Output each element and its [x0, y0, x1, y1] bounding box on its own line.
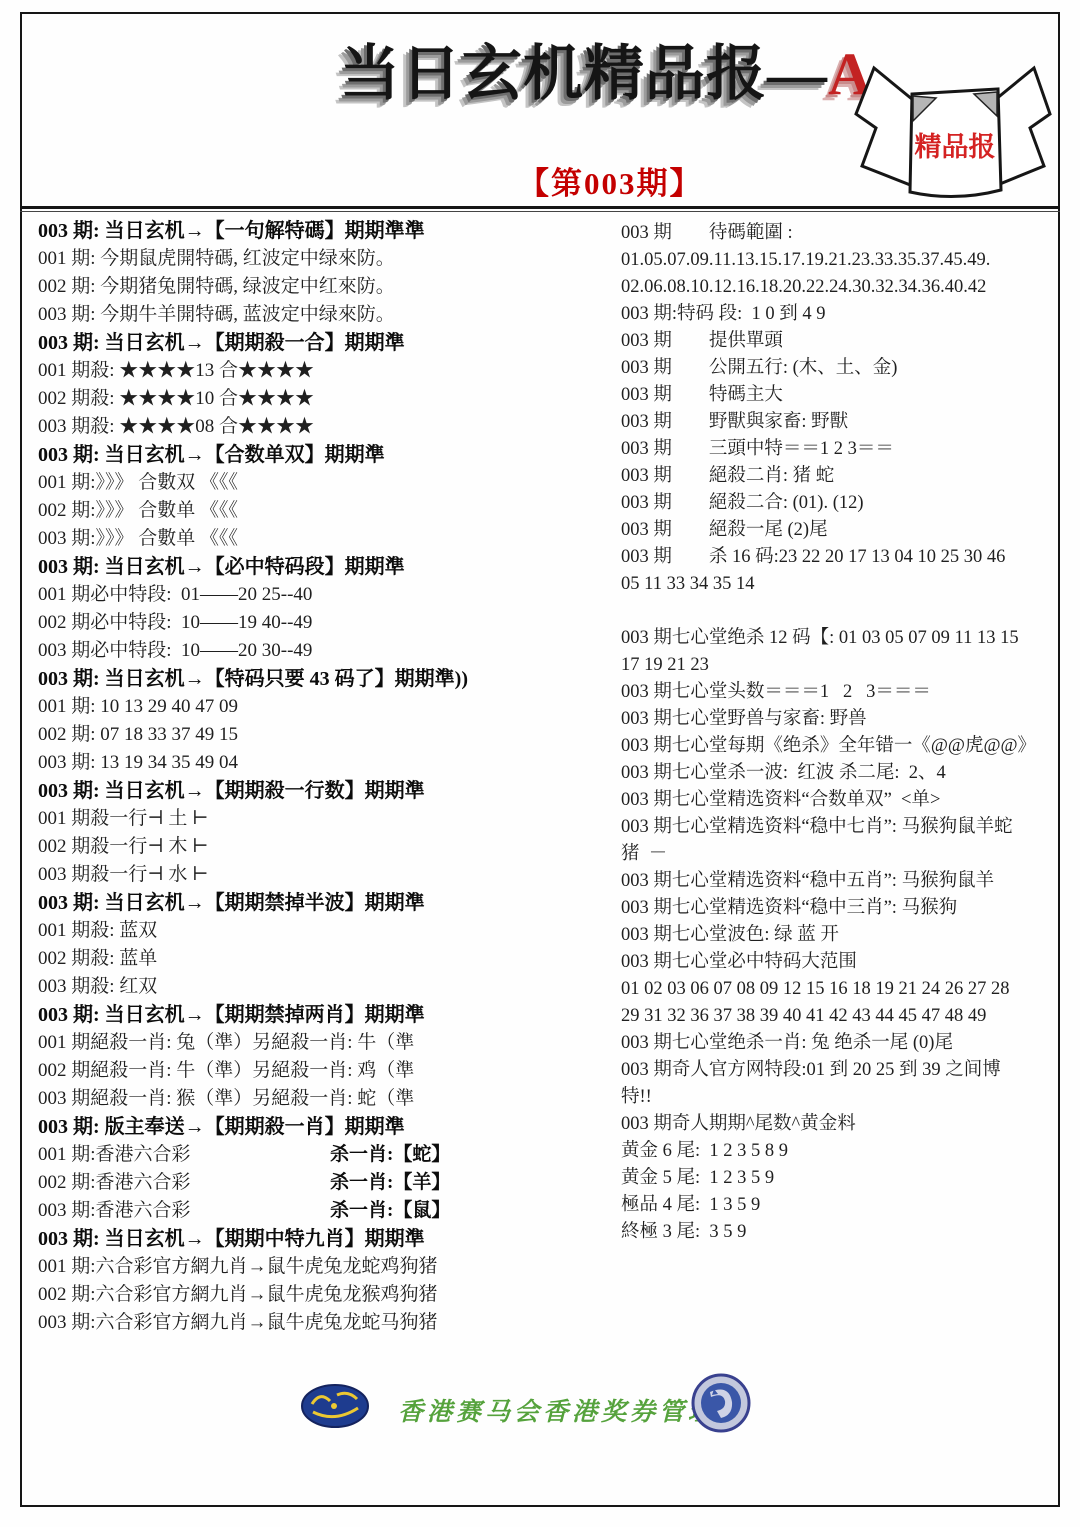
report-line-text: 003 期殺: ★★★★08 合★★★★ [38, 416, 314, 437]
report-line-text: 003 期 杀 16 码:23 22 20 17 13 04 10 25 30 … [621, 547, 1005, 567]
report-line: 003 期: 13 19 34 35 49 04 [38, 749, 613, 777]
report-line-text: 003 期殺: 红双 [38, 976, 157, 997]
report-page: 当日玄机精品报—A 精品报 【第003期】 003 期: 当日玄机→【一句解特碼… [0, 0, 1080, 1527]
report-line: 001 期絕殺一肖: 兔（準）另絕殺一肖: 牛（準 [38, 1029, 613, 1057]
report-line: 001 期: 10 13 29 40 47 09 [38, 693, 613, 721]
report-line: 002 期: 07 18 33 37 49 15 [38, 721, 613, 749]
report-line: 003 期: 当日玄机→【一句解特碼】期期準準 [38, 217, 613, 245]
report-line-text: 002 期:六合彩官方網九肖→鼠牛虎兔龙猴鸡狗猪 [38, 1284, 438, 1305]
report-line-text: 003 期七心堂精选资料“稳中七肖”: 马猴狗鼠羊蛇 [621, 817, 1013, 837]
report-line: 終極 3 尾: 3 5 9 [621, 1219, 1059, 1246]
report-line-text: 003 期 絕殺二合: (01). (12) [621, 493, 864, 513]
report-line: 003 期七心堂绝杀一肖: 兔 绝杀一尾 (0)尾 [621, 1030, 1059, 1057]
report-line-text: 003 期必中特段: 10——20 30--49 [38, 640, 312, 661]
report-line-text: 002 期:香港六合彩 [38, 1172, 191, 1193]
report-line: 特!! [621, 1084, 1059, 1111]
report-line: 003 期必中特段: 10——20 30--49 [38, 637, 613, 665]
report-line: 黄金 6 尾: 1 2 3 5 8 9 [621, 1138, 1059, 1165]
report-line: 002 期:》》》 合數单 《《《 [38, 497, 613, 525]
report-line: 極品 4 尾: 1 3 5 9 [621, 1192, 1059, 1219]
report-line: 003 期: 当日玄机→【期期禁掉半波】期期準 [38, 889, 613, 917]
report-line-text: 01.05.07.09.11.13.15.17.19.21.23.33.35.3… [621, 250, 990, 270]
report-line: 003 期 公開五行: (木、土、金) [621, 355, 1059, 382]
horse-head-emblem-icon [690, 1372, 752, 1434]
report-line: 003 期七心堂波色: 绿 蓝 开 [621, 922, 1059, 949]
report-line-text: 003 期: 当日玄机→【合数单双】期期準 [38, 444, 385, 466]
report-line: 003 期七心堂每期《绝杀》全年错一《@@虎@@》 [621, 733, 1059, 760]
report-line-text: 002 期必中特段: 10——19 40--49 [38, 612, 312, 633]
report-line-text: 002 期絕殺一肖: 牛（準）另絕殺一肖: 鸡（準 [38, 1060, 414, 1081]
report-line-text: 002 期殺: 蓝单 [38, 948, 157, 969]
report-line-text: 002 期殺一行⊣ 木 ⊢ [38, 836, 208, 857]
report-line [621, 598, 1059, 625]
report-line-text: 29 31 32 36 37 38 39 40 41 42 43 44 45 4… [621, 1006, 986, 1026]
report-line-text: 003 期: 当日玄机→【特码只要 43 码了】期期準)) [38, 668, 468, 690]
report-line-text: 001 期:香港六合彩 [38, 1144, 191, 1165]
page-title-text: 当日玄机精品报 [340, 41, 767, 107]
report-line-text: 001 期: 今期鼠虎開特碼, 红波定中绿來防。 [38, 248, 395, 269]
ribbon-label: 精品报 [915, 131, 996, 162]
report-line: 002 期殺: 蓝单 [38, 945, 613, 973]
report-line-right-text: 杀一肖:【鼠】 [330, 1197, 450, 1225]
report-line-text: 17 19 21 23 [621, 655, 709, 675]
report-line-text: 003 期: 版主奉送→【期期殺一肖】期期準 [38, 1116, 405, 1138]
report-line-text: 003 期:香港六合彩 [38, 1200, 191, 1221]
report-line: 003 期: 当日玄机→【特码只要 43 码了】期期準)) [38, 665, 613, 693]
report-line: 003 期七心堂精选资料“稳中七肖”: 马猴狗鼠羊蛇 [621, 814, 1059, 841]
report-line: 002 期:六合彩官方網九肖→鼠牛虎兔龙猴鸡狗猪 [38, 1281, 613, 1309]
report-line-text: 003 期七心堂头数＝＝＝1 2 3＝＝＝ [621, 682, 931, 702]
report-line-text: 003 期七心堂精选资料“稳中五肖”: 马猴狗鼠羊 [621, 871, 994, 891]
report-line: 002 期必中特段: 10——19 40--49 [38, 609, 613, 637]
report-line: 003 期: 当日玄机→【合数单双】期期準 [38, 441, 613, 469]
report-line: 003 期七心堂头数＝＝＝1 2 3＝＝＝ [621, 679, 1059, 706]
report-line-text: 猪 － [621, 844, 667, 864]
report-line: 003 期 特碼主大 [621, 382, 1059, 409]
report-line-text: 003 期 提供單頭 [621, 331, 783, 351]
report-line-right-text: 杀一肖:【羊】 [330, 1169, 450, 1197]
report-line: 003 期七心堂绝杀 12 码【: 01 03 05 07 09 11 13 1… [621, 625, 1059, 652]
report-line: 001 期:》》》 合數双 《《《 [38, 469, 613, 497]
report-line-text: 001 期絕殺一肖: 兔（準）另絕殺一肖: 牛（準 [38, 1032, 414, 1053]
report-line-text: 特!! [621, 1087, 652, 1107]
report-line-text: 002 期: 今期猪兔開特碼, 绿波定中红來防。 [38, 276, 395, 297]
report-line: 003 期 絕殺一尾 (2)尾 [621, 517, 1059, 544]
report-line: 002 期: 今期猪兔開特碼, 绿波定中红來防。 [38, 273, 613, 301]
report-line-text: 003 期 野獸與家畜: 野獸 [621, 412, 848, 432]
header-divider [20, 206, 1060, 209]
footer: 香港赛马会香港奖券管理局 [0, 1368, 1080, 1448]
report-line: 003 期 待碼範圍 : [621, 220, 1059, 247]
report-line-text: 02.06.08.10.12.16.18.20.22.24.30.32.34.3… [621, 277, 986, 297]
right-column: 003 期 待碼範圍 : 01.05.07.09.11.13.15.17.19.… [621, 220, 1059, 1246]
report-line: 003 期 野獸與家畜: 野獸 [621, 409, 1059, 436]
report-line-text: 003 期 特碼主大 [621, 385, 783, 405]
report-line: 猪 － [621, 841, 1059, 868]
report-line: 002 期:香港六合彩杀一肖:【羊】 [38, 1169, 613, 1197]
report-line-text: 001 期:》》》 合數双 《《《 [38, 472, 238, 493]
report-line: 02.06.08.10.12.16.18.20.22.24.30.32.34.3… [621, 274, 1059, 301]
report-line-text: 003 期: 13 19 34 35 49 04 [38, 752, 238, 773]
report-line-text: 003 期七心堂绝杀 12 码【: 01 03 05 07 09 11 13 1… [621, 628, 1019, 648]
report-line: 003 期殺: 红双 [38, 973, 613, 1001]
report-line-right-text: 杀一肖:【蛇】 [330, 1141, 450, 1169]
report-line-text: 003 期七心堂精选资料“合数单双” <单> [621, 790, 940, 810]
page-title-dash: — [767, 41, 828, 107]
report-line-text: 003 期七心堂野兽与家畜: 野兽 [621, 709, 867, 729]
report-line: 黄金 5 尾: 1 2 3 5 9 [621, 1165, 1059, 1192]
report-line: 05 11 33 34 35 14 [621, 571, 1059, 598]
report-line-text: 003 期 絕殺一尾 (2)尾 [621, 520, 828, 540]
report-line-text: 黄金 6 尾: 1 2 3 5 8 9 [621, 1141, 788, 1161]
report-line: 003 期: 当日玄机→【期期殺一行数】期期準 [38, 777, 613, 805]
report-line: 003 期 絕殺二肖: 猪 蛇 [621, 463, 1059, 490]
report-line-text: 黄金 5 尾: 1 2 3 5 9 [621, 1168, 774, 1188]
report-line: 003 期 三頭中特＝＝1 2 3＝＝ [621, 436, 1059, 463]
report-line: 002 期絕殺一肖: 牛（準）另絕殺一肖: 鸡（準 [38, 1057, 613, 1085]
report-line-text: 003 期: 当日玄机→【期期殺一合】期期準 [38, 332, 405, 354]
report-line: 002 期殺: ★★★★10 合★★★★ [38, 385, 613, 413]
header-divider-thin [20, 211, 1060, 212]
report-line-text: 002 期: 07 18 33 37 49 15 [38, 724, 238, 745]
report-line: 001 期: 今期鼠虎開特碼, 红波定中绿來防。 [38, 245, 613, 273]
report-line: 001 期:六合彩官方網九肖→鼠牛虎兔龙蛇鸡狗猪 [38, 1253, 613, 1281]
report-line: 003 期奇人期期^尾数^黄金料 [621, 1111, 1059, 1138]
report-line-text: 003 期七心堂绝杀一肖: 兔 绝杀一尾 (0)尾 [621, 1033, 953, 1053]
report-line-text: 001 期殺一行⊣ 土 ⊢ [38, 808, 208, 829]
report-line-text: 003 期:》》》 合數单 《《《 [38, 528, 238, 549]
report-line-text: 003 期 三頭中特＝＝1 2 3＝＝ [621, 439, 894, 459]
report-line-text: 003 期 絕殺二肖: 猪 蛇 [621, 466, 834, 486]
report-line-text: 003 期七心堂每期《绝杀》全年错一《@@虎@@》 [621, 736, 1036, 756]
ribbon-banner-icon: 精品报 [852, 52, 1052, 207]
report-line: 003 期 絕殺二合: (01). (12) [621, 490, 1059, 517]
report-line-text: 001 期殺: ★★★★13 合★★★★ [38, 360, 314, 381]
report-line: 003 期七心堂精选资料“合数单双” <单> [621, 787, 1059, 814]
report-line-text: 003 期: 当日玄机→【期期中特九肖】期期準 [38, 1228, 425, 1250]
report-line-text: 003 期: 当日玄机→【一句解特碼】期期準準 [38, 220, 425, 242]
oval-lottery-logo-icon [300, 1382, 370, 1430]
left-column: 003 期: 当日玄机→【一句解特碼】期期準準 001 期: 今期鼠虎開特碼, … [38, 217, 613, 1337]
report-line: 003 期: 当日玄机→【必中特码段】期期準 [38, 553, 613, 581]
report-line-text: 002 期殺: ★★★★10 合★★★★ [38, 388, 314, 409]
report-line: 003 期七心堂必中特码大范围 [621, 949, 1059, 976]
report-line: 003 期絕殺一肖: 猴（準）另絕殺一肖: 蛇（準 [38, 1085, 613, 1113]
report-line: 001 期:香港六合彩杀一肖:【蛇】 [38, 1141, 613, 1169]
report-line: 29 31 32 36 37 38 39 40 41 42 43 44 45 4… [621, 1003, 1059, 1030]
report-line: 003 期:特码 段: 1 0 到 4 9 [621, 301, 1059, 328]
report-line: 003 期:六合彩官方網九肖→鼠牛虎兔龙蛇马狗猪 [38, 1309, 613, 1337]
report-line-text: 01 02 03 06 07 08 09 12 15 16 18 19 21 2… [621, 979, 1010, 999]
report-line-text: 003 期奇人官方网特段:01 到 20 25 到 39 之间博 [621, 1060, 1001, 1080]
report-line-text: 003 期: 当日玄机→【期期殺一行数】期期準 [38, 780, 425, 802]
report-line-text: 05 11 33 34 35 14 [621, 574, 754, 594]
report-line-text: 002 期:》》》 合數单 《《《 [38, 500, 238, 521]
report-line-text: 003 期七心堂精选资料“稳中三肖”: 马猴狗 [621, 898, 957, 918]
report-line-text: 003 期: 当日玄机→【期期禁掉半波】期期準 [38, 892, 425, 914]
report-line: 003 期殺一行⊣ 水 ⊢ [38, 861, 613, 889]
report-line: 003 期殺: ★★★★08 合★★★★ [38, 413, 613, 441]
report-line: 003 期七心堂杀一波: 红波 杀二尾: 2、4 [621, 760, 1059, 787]
report-line: 003 期: 今期牛羊開特碼, 蓝波定中绿來防。 [38, 301, 613, 329]
report-line: 003 期 杀 16 码:23 22 20 17 13 04 10 25 30 … [621, 544, 1059, 571]
report-line-text: 003 期七心堂波色: 绿 蓝 开 [621, 925, 839, 945]
report-line: 003 期: 版主奉送→【期期殺一肖】期期準 [38, 1113, 613, 1141]
report-line-text: 003 期 公開五行: (木、土、金) [621, 358, 897, 378]
report-line-text: 003 期奇人期期^尾数^黄金料 [621, 1114, 856, 1134]
report-line-text: 終極 3 尾: 3 5 9 [621, 1222, 746, 1242]
report-line: 01 02 03 06 07 08 09 12 15 16 18 19 21 2… [621, 976, 1059, 1003]
report-line: 003 期:》》》 合數单 《《《 [38, 525, 613, 553]
report-line: 001 期必中特段: 01——20 25--40 [38, 581, 613, 609]
report-line-text: 003 期七心堂杀一波: 红波 杀二尾: 2、4 [621, 763, 946, 783]
report-line-text: 003 期殺一行⊣ 水 ⊢ [38, 864, 208, 885]
report-line-text: 003 期絕殺一肖: 猴（準）另絕殺一肖: 蛇（準 [38, 1088, 414, 1109]
report-line: 001 期殺: ★★★★13 合★★★★ [38, 357, 613, 385]
report-line-text: 003 期七心堂必中特码大范围 [621, 952, 857, 972]
report-line: 001 期殺: 蓝双 [38, 917, 613, 945]
issue-label: 【第003期】 [518, 158, 703, 203]
report-line: 17 19 21 23 [621, 652, 1059, 679]
report-line: 003 期 提供單頭 [621, 328, 1059, 355]
report-line-text: 003 期: 当日玄机→【期期禁掉两肖】期期準 [38, 1004, 425, 1026]
report-line: 001 期殺一行⊣ 土 ⊢ [38, 805, 613, 833]
report-line: 003 期: 当日玄机→【期期殺一合】期期準 [38, 329, 613, 357]
report-line: 003 期七心堂精选资料“稳中三肖”: 马猴狗 [621, 895, 1059, 922]
report-line-text: 001 期: 10 13 29 40 47 09 [38, 696, 238, 717]
report-line: 003 期: 当日玄机→【期期禁掉两肖】期期準 [38, 1001, 613, 1029]
report-line: 003 期: 当日玄机→【期期中特九肖】期期準 [38, 1225, 613, 1253]
report-line-text: 極品 4 尾: 1 3 5 9 [621, 1195, 760, 1215]
report-line-text: 003 期 待碼範圍 : [621, 223, 793, 243]
report-line: 003 期七心堂精选资料“稳中五肖”: 马猴狗鼠羊 [621, 868, 1059, 895]
report-line: 01.05.07.09.11.13.15.17.19.21.23.33.35.3… [621, 247, 1059, 274]
report-line-text: 003 期:特码 段: 1 0 到 4 9 [621, 304, 826, 324]
report-line: 003 期:香港六合彩杀一肖:【鼠】 [38, 1197, 613, 1225]
report-line-text: 003 期:六合彩官方網九肖→鼠牛虎兔龙蛇马狗猪 [38, 1312, 438, 1333]
report-line: 002 期殺一行⊣ 木 ⊢ [38, 833, 613, 861]
report-line-text: 003 期: 今期牛羊開特碼, 蓝波定中绿來防。 [38, 304, 395, 325]
report-line-text: 003 期: 当日玄机→【必中特码段】期期準 [38, 556, 405, 578]
report-line-text: 001 期殺: 蓝双 [38, 920, 157, 941]
page-title: 当日玄机精品报—A [340, 26, 872, 112]
report-line: 003 期奇人官方网特段:01 到 20 25 到 39 之间博 [621, 1057, 1059, 1084]
report-line-text: 001 期必中特段: 01——20 25--40 [38, 584, 312, 605]
report-line: 003 期七心堂野兽与家畜: 野兽 [621, 706, 1059, 733]
report-line-text: 001 期:六合彩官方網九肖→鼠牛虎兔龙蛇鸡狗猪 [38, 1256, 438, 1277]
